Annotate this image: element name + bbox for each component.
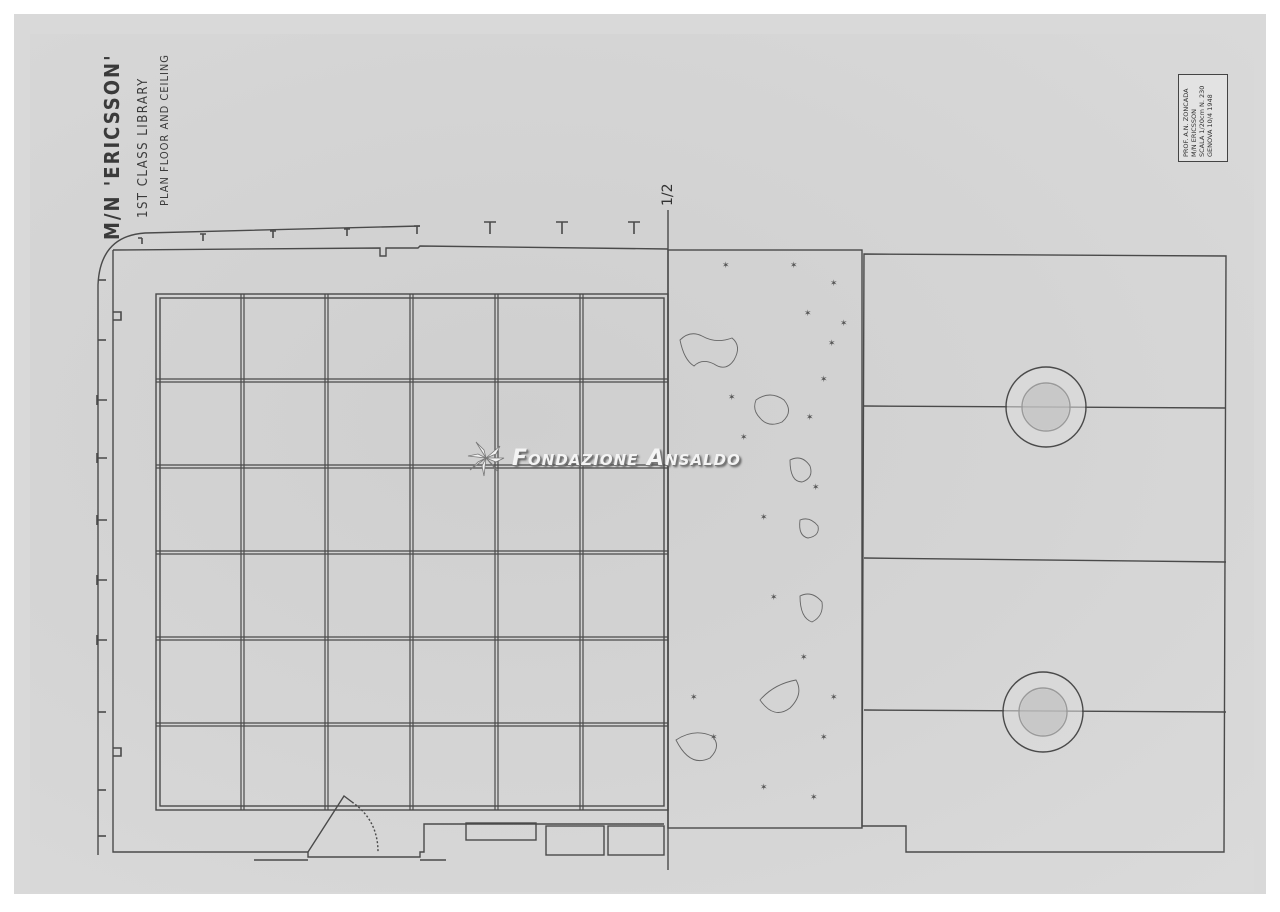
section-mark: 1/2 xyxy=(660,183,676,206)
drawing-caption: PLAN FLOOR AND CEILING xyxy=(158,54,171,206)
svg-text:✶: ✶ xyxy=(830,279,838,289)
svg-text:✶: ✶ xyxy=(722,261,730,271)
vessel-name: M/N 'ERICSSON' xyxy=(100,53,124,240)
drawing-stamp: PROF. A.N. ZONCADA M/N ERICSSON SCALA 1/… xyxy=(1178,74,1228,162)
svg-text:✶: ✶ xyxy=(812,483,820,493)
svg-text:✶: ✶ xyxy=(820,733,828,743)
svg-text:✶: ✶ xyxy=(804,309,812,319)
svg-text:✶: ✶ xyxy=(806,413,814,423)
drawing-subtitle: 1ST CLASS LIBRARY xyxy=(136,77,151,218)
svg-text:✶: ✶ xyxy=(830,693,838,703)
stamp-scale: SCALA 1/20cm N. 230 xyxy=(1198,79,1206,157)
stamp-author: PROF. A.N. ZONCADA xyxy=(1182,79,1190,157)
stamp-date: GENOVA 10/4 1948 xyxy=(1206,79,1214,157)
svg-text:✶: ✶ xyxy=(828,339,836,349)
watermark-text: Fondazione Ansaldo xyxy=(512,446,741,471)
drawing-subtitle-block: 1ST CLASS LIBRARY xyxy=(136,77,151,218)
drawing-title-block: M/N 'ERICSSON' xyxy=(100,53,124,240)
svg-text:✶: ✶ xyxy=(840,319,848,329)
svg-text:✶: ✶ xyxy=(770,593,778,603)
ansaldo-logo-icon xyxy=(466,438,506,478)
stamp-vessel: M/N ERICSSON xyxy=(1190,79,1198,157)
watermark: Fondazione Ansaldo xyxy=(466,436,741,480)
svg-text:✶: ✶ xyxy=(820,375,828,385)
svg-text:✶: ✶ xyxy=(760,513,768,523)
svg-text:✶: ✶ xyxy=(728,393,736,403)
svg-text:✶: ✶ xyxy=(690,693,698,703)
drawing-caption-block: PLAN FLOOR AND CEILING xyxy=(158,54,171,206)
svg-text:✶: ✶ xyxy=(760,783,768,793)
svg-text:✶: ✶ xyxy=(790,261,798,271)
svg-text:✶: ✶ xyxy=(800,653,808,663)
svg-text:✶: ✶ xyxy=(810,793,818,803)
svg-text:✶: ✶ xyxy=(740,433,748,443)
